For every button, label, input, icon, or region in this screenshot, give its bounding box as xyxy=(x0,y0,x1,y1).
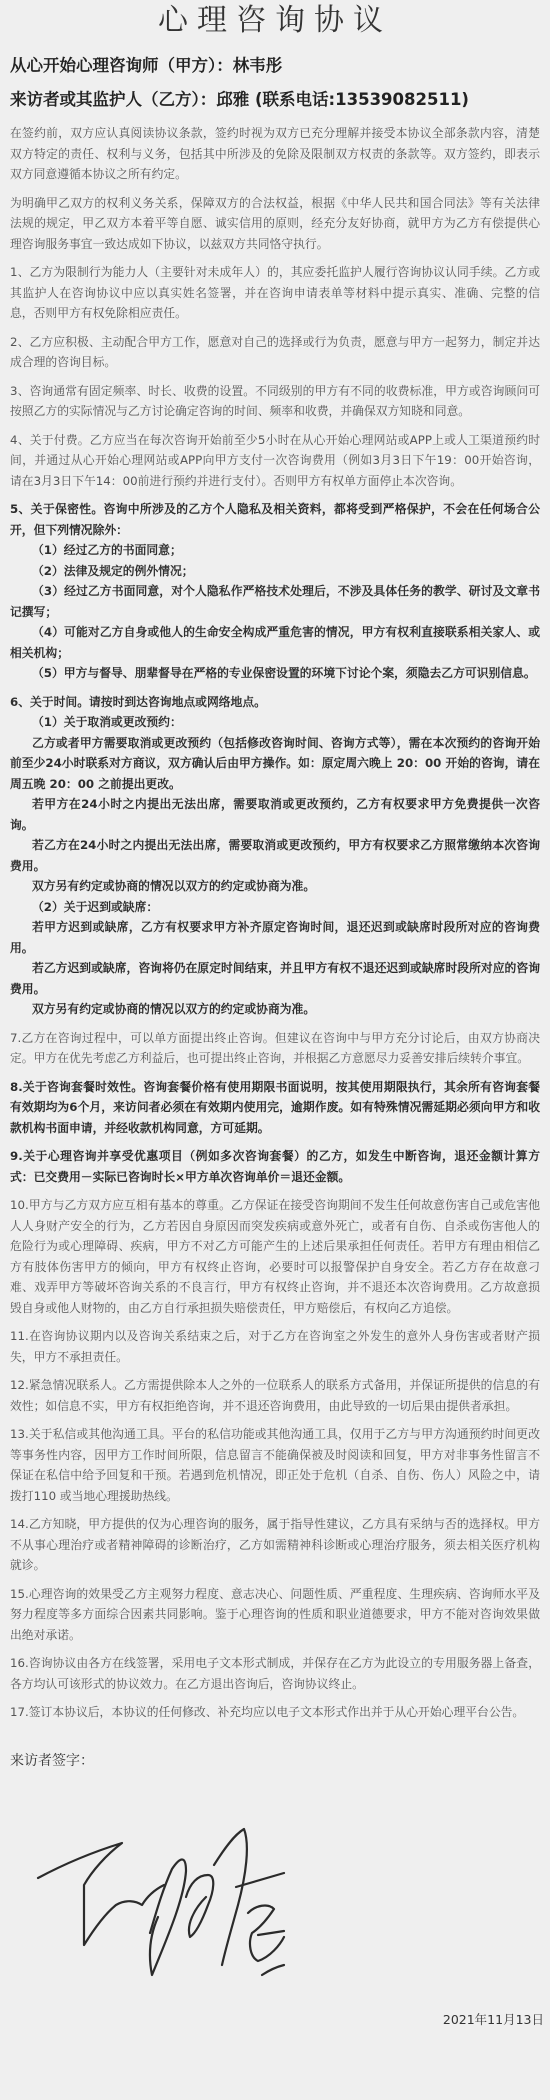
clause-12: 12.紧急情况联系人。乙方需提供除本人之外的一位联系人的联系方式备用，并保证所提… xyxy=(10,1375,540,1416)
clause-5-item-2: （2）法律及规定的例外情况； xyxy=(10,561,540,582)
clause-3: 3、咨询通常有固定频率、时长、收费的设置。不同级别的甲方有不同的收费标准，甲方或… xyxy=(10,381,540,422)
clause-2: 2、乙方应积极、主动配合甲方工作，愿意对自己的选择或行为负责，愿意与甲方一起努力… xyxy=(10,332,540,373)
clause-9: 9.关于心理咨询并享受优惠项目（例如多次咨询套餐）的乙方，如发生中断咨询，退还金… xyxy=(10,1146,540,1187)
intro-paragraph-1: 在签约前，双方应认真阅读协议条款，签约时视为双方已充分理解并接受本协议全部条款内… xyxy=(10,123,540,185)
clause-6-heading: 6、关于时间。请按时到达咨询地点或网络地点。 xyxy=(10,692,540,713)
document-title: 心理咨询协议 xyxy=(10,0,540,45)
party-a: 从心开始心理咨询师（甲方）：林韦彤 xyxy=(10,55,540,77)
clause-6-sub2-para-2: 若乙方迟到或缺席，咨询将仍在原定时间结束，并且甲方有权不退还迟到或缺席时段所对应… xyxy=(10,958,540,999)
clause-13: 13.关于私信或其他沟通工具。平台的私信功能或其他沟通工具，仅用于乙方与甲方沟通… xyxy=(10,1424,540,1506)
clause-6-sub1-para-4: 双方另有约定或协商的情况以双方的约定或协商为准。 xyxy=(10,876,540,897)
clause-5-item-4: （4）可能对乙方自身或他人的生命安全构成严重危害的情况，甲方有权利直接联系相关家… xyxy=(10,622,540,663)
clause-14: 14.乙方知晓，甲方提供的仅为心理咨询的服务，属于指导性建议，乙方具有采纳与否的… xyxy=(10,1514,540,1576)
clause-11: 11.在咨询协议期内以及咨询关系结束之后，对于乙方在咨询室之外发生的意外人身伤害… xyxy=(10,1326,540,1367)
clause-5-heading: 5、关于保密性。咨询中所涉及的乙方个人隐私及相关资料，都将受到严格保护，不会在任… xyxy=(10,499,540,540)
signature-label: 来访者签字： xyxy=(10,1751,540,1771)
clause-10: 10.甲方与乙方双方应互相有基本的尊重。乙方保证在接受咨询期间不发生任何故意伤害… xyxy=(10,1195,540,1318)
clause-5-item-5: （5）甲方与督导、朋辈督导在严格的专业保密设置的环境下讨论个案，须隐去乙方可识别… xyxy=(10,663,540,684)
clause-6-sub1-para-2: 若甲方在24小时之内提出无法出席，需要取消或更改预约，乙方有权要求甲方免费提供一… xyxy=(10,794,540,835)
clause-6-sub2-para-1: 若甲方迟到或缺席，乙方有权要求甲方补齐原定咨询时间，退还迟到或缺席时段所对应的咨… xyxy=(10,917,540,958)
intro-paragraph-2: 为明确甲乙双方的权利义务关系，保障双方的合法权益，根据《中华人民共和国合同法》等… xyxy=(10,193,540,255)
clause-8: 8.关于咨询套餐时效性。咨询套餐价格有使用期限书面说明，按其使用期限执行，其余所… xyxy=(10,1077,540,1139)
clause-16: 16.咨询协议由各方在线签署，采用电子文本形式制成，并保存在乙方为此设立的专用服… xyxy=(10,1653,540,1694)
clause-6-sub1-heading: （1）关于取消或更改预约： xyxy=(10,712,540,733)
clause-1: 1、乙方为限制行为能力人（主要针对未成年人）的，其应委托监护人履行咨询协议认同手… xyxy=(10,262,540,324)
clause-7: 7.乙方在咨询过程中，可以单方面提出终止咨询。但建议在咨询中与甲方充分讨论后，由… xyxy=(10,1028,540,1069)
agreement-page: 心理咨询协议 从心开始心理咨询师（甲方）：林韦彤 来访者或其监护人（乙方）：邱雅… xyxy=(0,0,550,2100)
clause-6-sub2-para-3: 双方另有约定或协商的情况以双方的约定或协商为准。 xyxy=(10,999,540,1020)
clause-15: 15.心理咨询的效果受乙方主观努力程度、意志决心、问题性质、严重程度、生理疾病、… xyxy=(10,1584,540,1646)
party-b: 来访者或其监护人（乙方）：邱雅 (联系电话:13539082511) xyxy=(10,89,540,111)
clause-6-sub1-para-3: 若乙方在24小时之内提出无法出席，需要取消或更改预约，甲方有权要求乙方照常缴纳本… xyxy=(10,835,540,876)
clause-4: 4、关于付费。乙方应当在每次咨询开始前至少5小时在从心开始心理网站或APP上或人… xyxy=(10,430,540,492)
clause-17: 17.签订本协议后，本协议的任何修改、补充均应以电子文本形式作出并于从心开始心理… xyxy=(10,1702,540,1723)
clause-5-item-1: （1）经过乙方的书面同意； xyxy=(10,540,540,561)
clause-6-sub1-para-1: 乙方或者甲方需要取消或更改预约（包括修改咨询时间、咨询方式等），需在本次预约的咨… xyxy=(10,733,540,795)
handwritten-signature xyxy=(36,1825,296,1995)
clause-5-item-3: （3）经过乙方书面同意，对个人隐私作严格技术处理后，不涉及具体任务的教学、研讨及… xyxy=(10,581,540,622)
clause-6-sub2-heading: （2）关于迟到或缺席： xyxy=(10,897,540,918)
signing-date: 2021年11月13日 xyxy=(443,2010,544,2028)
